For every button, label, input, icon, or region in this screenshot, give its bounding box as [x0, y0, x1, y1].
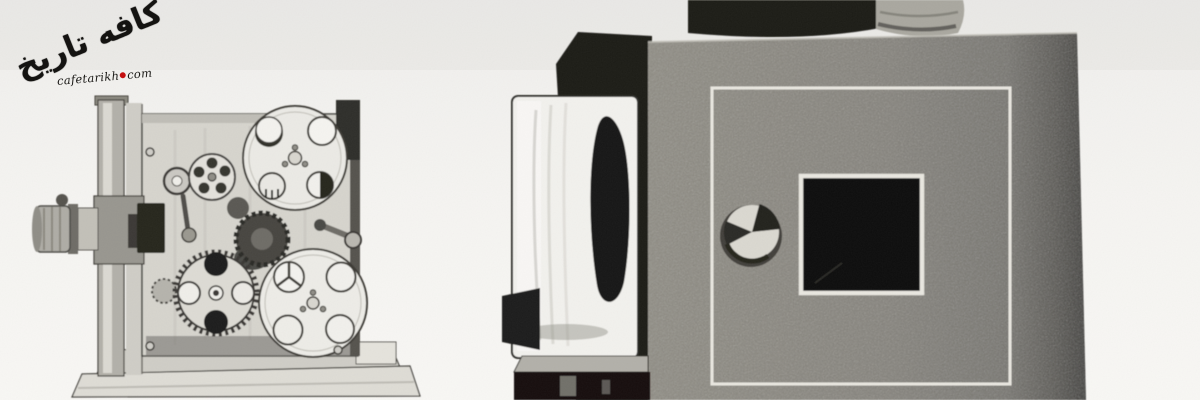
- photo-canvas: [0, 0, 1200, 400]
- photo-grain-overlay: [0, 0, 1200, 400]
- photograph-vintage-projector: کافه تاریخ cafetarikhcom: [0, 0, 1200, 400]
